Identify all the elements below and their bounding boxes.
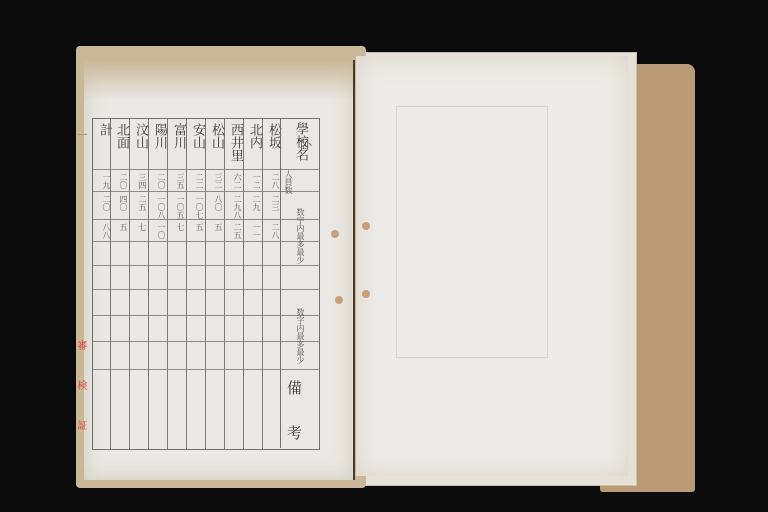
table-column [148, 119, 168, 449]
table-column [167, 119, 187, 449]
table-cell: 一九 [93, 173, 112, 189]
paper-stain [84, 60, 354, 100]
table-column [243, 119, 263, 449]
table-cell: 二〇 [93, 195, 112, 211]
table-cell: 七 [167, 223, 186, 231]
column-header: 西井里 [224, 123, 243, 162]
binding-hole [331, 230, 339, 238]
range-label: 数字内最多最少 [295, 308, 306, 364]
binding-hole [335, 296, 343, 304]
remarks-label: 備考 [284, 380, 305, 470]
table-cell: 五 [186, 223, 205, 231]
table-column [110, 119, 130, 449]
table-column [224, 119, 244, 449]
binding-hole [362, 222, 370, 230]
column-header: 松坂 [262, 123, 281, 149]
table-cell: 三四 [129, 173, 148, 189]
column-header: 松山 [205, 123, 224, 149]
count-label: 人員数 [283, 170, 294, 194]
column-header: 北内 [243, 123, 262, 149]
table-cell: 二五 [129, 195, 148, 211]
range-label: 数字内最多最少 [295, 208, 306, 264]
column-header: 汶山 [129, 123, 148, 149]
right-page [356, 56, 628, 476]
table-cell: 一〇五 [167, 195, 186, 219]
table-cell: 二八 [262, 173, 281, 189]
table-cell: 二〇 [110, 173, 129, 189]
red-margin-mark: 検 [78, 380, 88, 390]
table-cell: 六二 [224, 173, 243, 189]
table-cell: 二二 [186, 173, 205, 189]
table-column [262, 119, 282, 449]
column-header: 安山 [186, 123, 205, 149]
table-cell: 一一 [243, 223, 262, 239]
table-cell: 二九 [243, 195, 262, 211]
table-cell: 二三 [262, 195, 281, 211]
table-cell: 二〇 [148, 173, 167, 189]
red-margin-mark: 審 [78, 340, 88, 350]
column-header: 陽川 [148, 123, 167, 149]
column-header: 計 [93, 123, 112, 136]
column-header: 北面 [110, 123, 129, 149]
table-cell: 一〇 [148, 223, 167, 239]
table-cell: 五 [110, 223, 129, 231]
table-cell: 二五 [224, 223, 243, 239]
table-cell: 二九八 [224, 195, 243, 219]
table-cell: 七 [129, 223, 148, 231]
table-cell: 一〇七 [186, 195, 205, 219]
red-margin-mark: 証 [78, 420, 88, 430]
bleed-through-table [396, 106, 548, 358]
table-column [186, 119, 206, 449]
table-cell: 五 [205, 223, 224, 231]
binding-hole [362, 290, 370, 298]
table-column [205, 119, 225, 449]
table-cell: 一〇八 [148, 195, 167, 219]
side-note: 卧 [300, 136, 312, 153]
table-column [129, 119, 149, 449]
table-cell: 四〇 [110, 195, 129, 211]
table-cell: 三五 [167, 173, 186, 189]
book-spine [353, 60, 355, 480]
table-cell: 八八 [93, 223, 112, 239]
table-cell: 三二 [205, 173, 224, 189]
column-header: 富川 [167, 123, 186, 149]
table-cell: 二八 [262, 223, 281, 239]
table-cell: 一二 [243, 173, 262, 189]
table-cell: 八〇 [205, 195, 224, 211]
red-margin-mark: 一 [78, 130, 88, 140]
